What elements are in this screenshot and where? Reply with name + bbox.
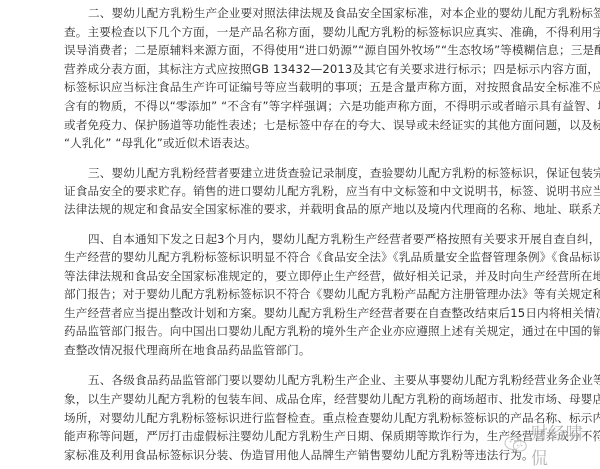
- text-line: 场所，对婴幼儿配方乳粉标签标识进行监督检查。重点检查婴幼儿配方乳粉标签标识的产品…: [64, 409, 600, 427]
- text-line: 象，以生产婴幼儿配方乳粉的包装车间、成品仓库，经营婴幼儿配方乳粉的商场超市、批发…: [64, 390, 600, 408]
- text-line: 生产经营的婴幼儿配方乳粉标签标识明显不符合《食品安全法》《乳品质量安全监督管理条…: [64, 248, 600, 266]
- text-line: 含有的物质，不得以“零添加” “不含有”等字样强调；六是功能声称方面，不得明示或…: [64, 97, 600, 115]
- text-line: 查。主要检查以下几个方面，一是产品名称方面，婴幼儿配方乳粉的标签标识应真实、准确…: [64, 23, 600, 41]
- text-line: 证食品安全的要求贮存。销售的进口婴幼儿配方乳粉，应当有中文标签和中文说明书，标签…: [64, 182, 600, 200]
- text-line: 家标准及利用食品标签标识分装、伪造冒用他人品牌生产销售婴幼儿配方乳粉等违法行为。: [64, 446, 534, 464]
- text-line: 等法律法规和食品安全国家标准规定的，要立即停止生产经营，做好相关记录，并及时向生…: [64, 267, 600, 285]
- text-line: 生产经营者应当提出整改计划和方案。婴幼儿配方乳粉生产经营者要在自查整改结束后15…: [64, 304, 600, 322]
- text-line: “人乳化” “母乳化”或近似术语表达。: [64, 134, 257, 152]
- text-line: 部门报告；对于婴幼儿配方乳粉标签标识不符合《婴幼儿配方乳粉产品配方注册管理办法》…: [64, 285, 600, 303]
- text-line: 或者免疫力、保护肠道等功能性表述；七是标签中存在的夸大、误导或未经证实的其他方面…: [64, 116, 600, 134]
- text-line: 四、自本通知下发之日起3个月内，婴幼儿配方乳粉生产经营者要严格按照有关要求开展自…: [88, 230, 600, 248]
- text-line: 查整改情况报代理商所在地食品药品监管部门。: [64, 341, 311, 359]
- wechat-icon: [504, 435, 528, 453]
- text-line: 营养成分表方面，其标注方式应按照GB 13432—2013及其它有关要求进行标示…: [64, 60, 600, 78]
- text-line: 标签标识应当标注食品生产许可证编号等应当载明的事项；五是含量声称方面，对按照食品…: [64, 78, 600, 96]
- text-line: 二、婴幼儿配方乳粉生产企业要对照法律法规及食品安全国家标准，对本企业的婴幼儿配方…: [88, 4, 600, 22]
- text-line: 误导消费者；二是原辅料来源方面，不得使用“进口奶源”“源自国外牧场”“生态牧场”…: [64, 41, 600, 59]
- text-line: 五、各级食品药品监管部门要以婴幼儿配方乳粉生产企业、主要从事婴幼儿配方乳粉经营业…: [88, 371, 600, 389]
- text-line: 三、婴幼儿配方乳粉经营者要建立进货查验记录制度，查验婴幼儿配方乳粉的标签标识，保…: [88, 164, 600, 182]
- document-body: 二、婴幼儿配方乳粉生产企业要对照法律法规及食品安全国家标准，对本企业的婴幼儿配方…: [0, 0, 600, 469]
- text-line: 药品监管部门报告。向中国出口婴幼儿配方乳粉的境外生产企业亦应遵照上述有关规定，通…: [64, 322, 600, 340]
- watermark-text: 财经啸侃: [531, 419, 600, 469]
- text-line: 法律法规的规定和食品安全国家标准的要求，并载明食品的原产地以及境内代理商的名称、…: [64, 200, 600, 218]
- watermark: 财经啸侃: [504, 432, 600, 456]
